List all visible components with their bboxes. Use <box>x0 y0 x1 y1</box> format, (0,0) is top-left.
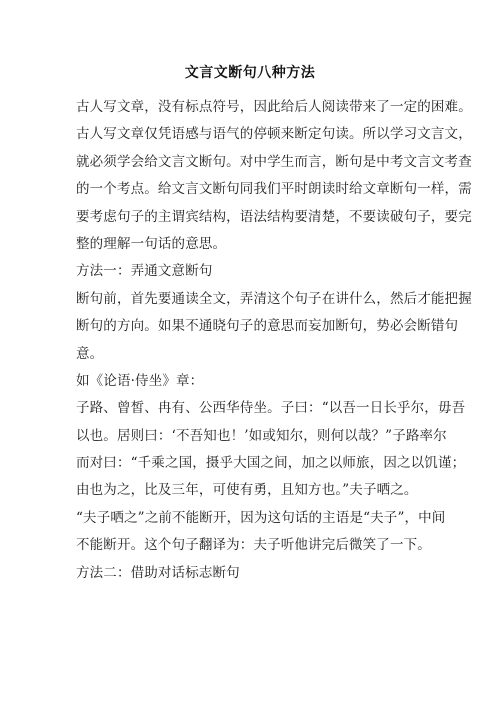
text-line-intro-6: 整的理解一句话的意思。 <box>76 231 430 258</box>
document-title: 文言文断句八种方法 <box>0 63 500 83</box>
text-line-method-one-2: 断句的方向。如果不通晓句子的意思而妄加断句，势必会断错句 <box>76 313 430 340</box>
text-line-intro-2: 古人写文章仅凭语感与语气的停顿来断定句读。所以学习文言文， <box>76 121 430 148</box>
example-intro: 如《论语·侍坐》章： <box>76 368 430 395</box>
example-quote-line-4: 由也为之，比及三年，可使有勇，且知方也。”夫子哂之。 <box>76 477 430 504</box>
document-body: 古人写文章，没有标点符号，因此给后人阅读带来了一定的困难。 古人写文章仅凭语感与… <box>76 94 430 587</box>
text-line-method-one-3: 意。 <box>76 341 430 368</box>
method-two-heading: 方法二：借助对话标志断句 <box>76 560 430 587</box>
example-quote-line-2: 以也。居则曰：‘不吾知也！’如或知尔，则何以哉？”子路率尔 <box>76 423 430 450</box>
example-quote-line-1: 子路、曾皙、冉有、公西华侍坐。子曰：“以吾一日长乎尔，毋吾 <box>76 395 430 422</box>
text-line-intro-1: 古人写文章，没有标点符号，因此给后人阅读带来了一定的困难。 <box>76 94 430 121</box>
explanation-line-1: “夫子哂之”之前不能断开，因为这句话的主语是“夫子”，中间 <box>76 505 430 532</box>
explanation-line-2: 不能断开。这个句子翻译为：夫子听他讲完后微笑了一下。 <box>76 532 430 559</box>
text-line-intro-5: 要考虑句子的主谓宾结构，语法结构要清楚，不要读破句子，要完 <box>76 204 430 231</box>
text-line-intro-4: 的一个考点。给文言文断句同我们平时朗读时给文章断句一样，需 <box>76 176 430 203</box>
text-line-method-one-1: 断句前，首先要通读全文，弄清这个句子在讲什么，然后才能把握 <box>76 286 430 313</box>
method-one-heading: 方法一：弄通文意断句 <box>76 258 430 285</box>
example-quote-line-3: 而对曰：“千乘之国，摄乎大国之间，加之以师旅，因之以饥谨； <box>76 450 430 477</box>
text-line-intro-3: 就必须学会给文言文断句。对中学生而言，断句是中考文言文考查 <box>76 149 430 176</box>
document-page: 文言文断句八种方法 古人写文章，没有标点符号，因此给后人阅读带来了一定的困难。 … <box>0 0 500 707</box>
